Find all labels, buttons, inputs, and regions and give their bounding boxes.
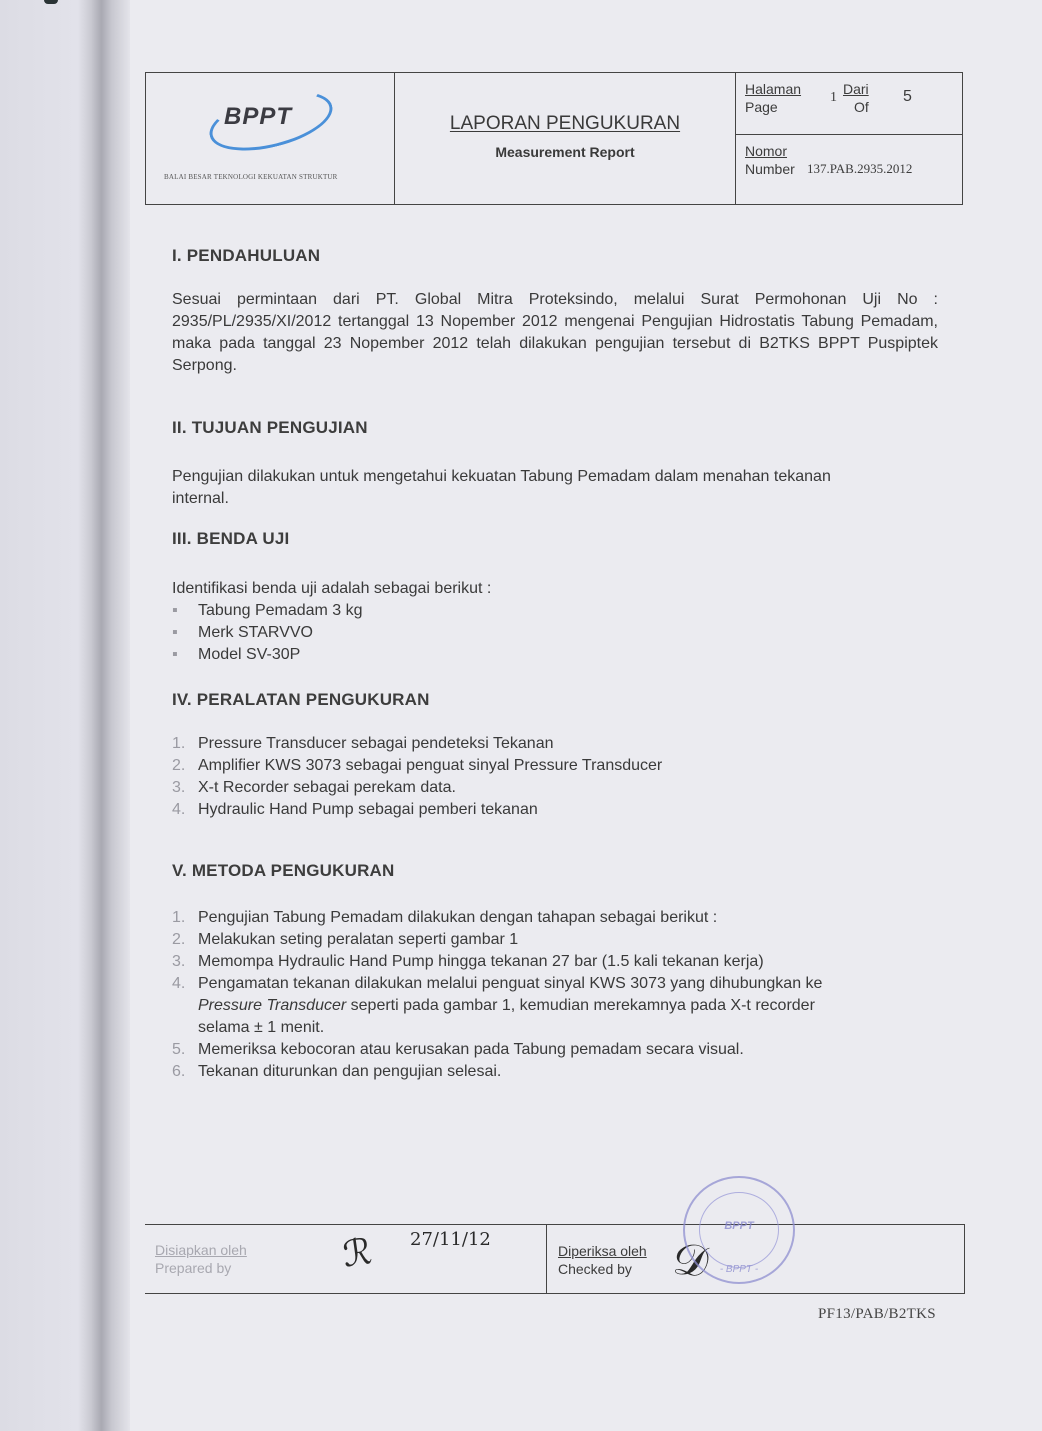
page-info: Halaman Page 1 Dari Of 5 xyxy=(736,73,962,135)
page-label-id: Halaman xyxy=(745,81,801,97)
document-number: 137.PAB.2935.2012 xyxy=(807,161,912,177)
list-item: ▪Tabung Pemadam 3 kg xyxy=(172,600,952,622)
prepared-date-handwritten: 27/11/12 xyxy=(410,1229,491,1250)
specimen-list: ▪Tabung Pemadam 3 kg ▪Merk STARVVO ▪Mode… xyxy=(172,600,952,666)
document-page xyxy=(130,0,1042,1431)
list-item: ▪Merk STARVVO xyxy=(172,622,952,644)
list-item: 5.Memeriksa kebocoran atau kerusakan pad… xyxy=(172,1039,952,1061)
title-cell: LAPORAN PENGUKURAN Measurement Report xyxy=(395,73,736,204)
page-label-en: Page xyxy=(745,99,778,115)
scan-binding-shadow xyxy=(0,0,130,1431)
page-number: 1 xyxy=(830,90,837,106)
section-heading-equipment: IV. PERALATAN PENGUKURAN xyxy=(172,690,430,710)
list-item: 2.Melakukan seting peralatan seperti gam… xyxy=(172,929,952,951)
document-header: BPPT BALAI BESAR TEKNOLOGI KEKUATAN STRU… xyxy=(145,72,963,205)
total-pages: 5 xyxy=(903,88,912,106)
section-heading-intro: I. PENDAHULUAN xyxy=(172,246,320,266)
institution-name: BALAI BESAR TEKNOLOGI KEKUATAN STRUKTUR xyxy=(164,173,338,181)
specimen-intro: Identifikasi benda uji adalah sebagai be… xyxy=(172,578,938,600)
prepared-by-label-en: Prepared by xyxy=(155,1260,231,1276)
of-label-id: Dari xyxy=(843,81,869,97)
meta-cell: Halaman Page 1 Dari Of 5 Nomor Number 13… xyxy=(736,73,962,204)
stamp-center-text: BPPT xyxy=(685,1220,793,1232)
number-label-en: Number xyxy=(745,161,795,177)
document-number-info: Nomor Number 137.PAB.2935.2012 xyxy=(736,135,962,204)
checked-by-label-id: Diperiksa oleh xyxy=(558,1243,647,1259)
intro-paragraph: Sesuai permintaan dari PT. Global Mitra … xyxy=(172,289,938,377)
list-item: 4.Pengamatan tekanan dilakukan melalui p… xyxy=(172,973,952,1039)
scan-artifact xyxy=(44,0,58,4)
list-item: 2.Amplifier KWS 3073 sebagai penguat sin… xyxy=(172,755,952,777)
signature-divider xyxy=(546,1225,547,1293)
list-item: 3.X-t Recorder sebagai perekam data. xyxy=(172,777,952,799)
bppt-logo: BPPT xyxy=(224,103,292,131)
of-label-en: Of xyxy=(854,99,869,115)
stamp-bottom-text: - BPPT - xyxy=(685,1264,793,1275)
prepared-by-label-id: Disiapkan oleh xyxy=(155,1242,247,1258)
list-item: 4.Hydraulic Hand Pump sebagai pemberi te… xyxy=(172,799,952,821)
section-heading-specimen: III. BENDA UJI xyxy=(172,529,289,549)
document-subtitle: Measurement Report xyxy=(395,144,735,160)
list-item: 3.Memompa Hydraulic Hand Pump hingga tek… xyxy=(172,951,952,973)
prepared-signature: ℛ xyxy=(340,1231,374,1276)
equipment-list: 1.Pressure Transducer sebagai pendeteksi… xyxy=(172,733,952,821)
logo-cell: BPPT BALAI BESAR TEKNOLOGI KEKUATAN STRU… xyxy=(146,73,395,204)
signature-table: Disiapkan oleh Prepared by ℛ 27/11/12 Di… xyxy=(145,1224,965,1294)
official-stamp: BPPT - BPPT - xyxy=(683,1176,795,1284)
list-item: ▪Model SV-30P xyxy=(172,644,952,666)
form-code: PF13/PAB/B2TKS xyxy=(818,1306,936,1323)
number-label-id: Nomor xyxy=(745,143,787,159)
list-item: 1.Pressure Transducer sebagai pendeteksi… xyxy=(172,733,952,755)
document-title: LAPORAN PENGUKURAN xyxy=(395,113,735,135)
list-item: 6.Tekanan diturunkan dan pengujian seles… xyxy=(172,1061,952,1083)
checked-by-label-en: Checked by xyxy=(558,1261,632,1277)
purpose-paragraph: Pengujian dilakukan untuk mengetahui kek… xyxy=(172,466,892,510)
list-item: 1.Pengujian Tabung Pemadam dilakukan den… xyxy=(172,907,952,929)
section-heading-purpose: II. TUJUAN PENGUJIAN xyxy=(172,418,368,438)
method-list: 1.Pengujian Tabung Pemadam dilakukan den… xyxy=(172,907,952,1083)
section-heading-method: V. METODA PENGUKURAN xyxy=(172,861,395,881)
